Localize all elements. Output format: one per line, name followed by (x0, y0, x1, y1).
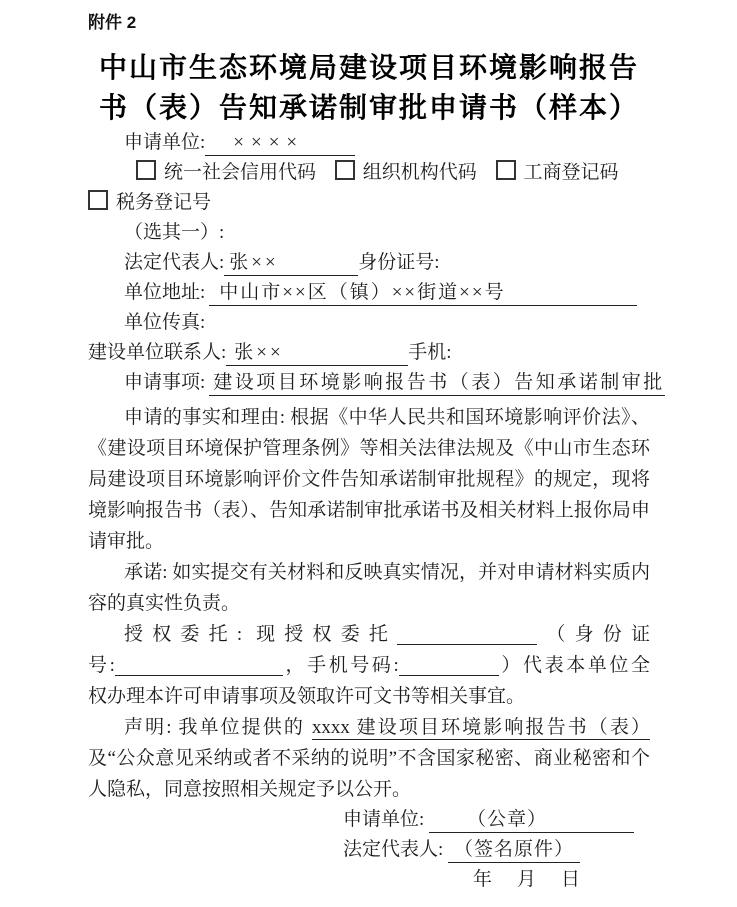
authorization-line2-text-mid: ，手机号码: (283, 655, 399, 676)
apply-item-value: 建设项目环境影响报告书（表）告知承诺制审批 (209, 368, 665, 396)
checkbox-tax-registration-label: 税务登记号 (116, 192, 211, 213)
declaration-line-1: 声明: 我单位提供的 xxxx 建设项目环境影响报告书（表） (88, 712, 650, 743)
apply-item-label: 申请事项: (124, 368, 205, 398)
facts-paragraph-line: 局建设项目环境影响评价文件告知承诺制审批规程》的规定，现将环 (88, 464, 650, 495)
facts-paragraph-line: 申请的事实和理由: 根据《中华人民共和国环境影响评价法》、 (88, 402, 650, 433)
authorization-line-3: 权办理本许可申请事项及领取许可文书等相关事宜。 (88, 681, 650, 712)
apply-item-row: 申请事项:建设项目环境影响报告书（表）告知承诺制审批 (88, 368, 650, 398)
promise-paragraph-line: 容的真实性负责。 (88, 588, 650, 619)
signature-block: 申请单位: （公章） 法定代表人: （签名原件） 年 月 日 (343, 805, 650, 895)
tax-registration-row: 税务登记号 (88, 188, 650, 218)
declaration-line1-text: 声明: 我单位提供的 (124, 717, 312, 738)
facts-paragraph-line: 境影响报告书（表）、告知承诺制审批承诺书及相关材料上报你局申 (88, 495, 650, 526)
document-title: 中山市生态环境局建设项目环境影响报告 书（表）告知承诺制审批申请书（样本） (88, 48, 650, 128)
authorization-line-2: 号:，手机号码:）代表本单位全 (88, 650, 650, 681)
applicant-unit-row: 申请单位:×××× (88, 128, 650, 158)
checkbox-unified-social-credit-icon[interactable] (136, 160, 156, 180)
applicant-unit-label: 申请单位: (124, 132, 205, 153)
signature-unit-row: 申请单位: （公章） (343, 805, 650, 835)
unit-fax-label: 单位传真: (124, 312, 205, 333)
facts-paragraph-line: 请审批。 (88, 526, 650, 557)
unit-address-value: 中山市××区（镇）××街道××号 (209, 278, 637, 306)
authorization-line1-text: 授权委托: 现授权委托 (124, 624, 397, 645)
mobile-label: 手机: (408, 342, 451, 363)
form-section: 申请单位:×××× 统一社会信用代码 组织机构代码 工商登记码 税务登记号 （选… (88, 128, 650, 398)
code-type-checkbox-row: 统一社会信用代码 组织机构代码 工商登记码 (88, 158, 650, 188)
unit-address-label: 单位地址: (124, 278, 205, 308)
body-paragraphs: 申请的事实和理由: 根据《中华人民共和国环境影响评价法》、 《建设项目环境保护管… (88, 402, 650, 805)
choose-one-note-row: （选其一）: (88, 218, 650, 248)
signature-unit-label: 申请单位: (343, 809, 424, 830)
authorization-line2-text: 号: (88, 655, 115, 676)
unit-fax-row: 单位传真: (88, 308, 650, 338)
contact-person-label: 建设单位联系人: (88, 342, 226, 363)
document-title-line2: 书（表）告知承诺制审批申请书（样本） (88, 88, 650, 128)
authorization-line2-text-post: ）代表本单位全 (499, 655, 650, 676)
unit-address-row: 单位地址:中山市××区（镇）××街道××号 (88, 278, 650, 308)
signature-unit-seal-value: （公章） (429, 805, 634, 833)
facts-paragraph-line: 《建设项目环境保护管理条例》等相关法律法规及《中山市生态环境 (88, 433, 650, 464)
checkbox-business-registration-label: 工商登记码 (524, 162, 619, 183)
authorization-line1-text-post: （身份证 (537, 624, 650, 645)
declaration-line-3: 人隐私，同意按照相关规定予以公开。 (88, 774, 650, 805)
document-page: 附件 2 中山市生态环境局建设项目环境影响报告 书（表）告知承诺制审批申请书（样… (0, 0, 737, 907)
legal-representative-label: 法定代表人: (124, 252, 224, 273)
authorized-person-blank-field (397, 619, 537, 645)
signature-representative-value: （签名原件） (448, 835, 580, 863)
signature-date-row: 年 月 日 (343, 865, 650, 895)
id-number-label: 身份证号: (358, 252, 439, 273)
document-title-line1: 中山市生态环境局建设项目环境影响报告 (88, 48, 650, 88)
legal-representative-row: 法定代表人:张××身份证号: (88, 248, 650, 278)
authorization-line-1: 授权委托: 现授权委托（身份证 (88, 619, 650, 650)
signature-representative-row: 法定代表人: （签名原件） (343, 835, 650, 865)
id-number-blank-field (115, 650, 283, 676)
applicant-unit-value: ×××× (205, 128, 355, 156)
checkbox-tax-registration-icon[interactable] (88, 190, 108, 210)
signature-representative-label: 法定代表人: (343, 839, 443, 860)
declaration-line-2: 及“公众意见采纳或者不采纳的说明”不含国家秘密、商业秘密和个 (88, 743, 650, 774)
code-option-business-registration: 工商登记码 (496, 162, 619, 183)
attachment-label: 附件 2 (88, 10, 650, 36)
contact-person-value: 张×× (226, 338, 408, 366)
choose-one-note: （选其一）: (124, 222, 224, 243)
contact-person-row: 建设单位联系人:张××手机: (88, 338, 650, 368)
checkbox-organization-code-label: 组织机构代码 (363, 162, 477, 183)
legal-representative-value: 张×× (224, 248, 358, 276)
declaration-report-title-underlined: xxxx 建设项目环境影响报告书（表） (312, 717, 650, 740)
promise-paragraph-line: 承诺: 如实提交有关材料和反映真实情况，并对申请材料实质内 (88, 557, 650, 588)
checkbox-unified-social-credit-label: 统一社会信用代码 (164, 162, 316, 183)
code-option-unified-social-credit: 统一社会信用代码 (136, 162, 316, 183)
checkbox-business-registration-icon[interactable] (496, 160, 516, 180)
checkbox-organization-code-icon[interactable] (335, 160, 355, 180)
code-option-organization-code: 组织机构代码 (335, 162, 477, 183)
mobile-number-blank-field (399, 650, 499, 676)
